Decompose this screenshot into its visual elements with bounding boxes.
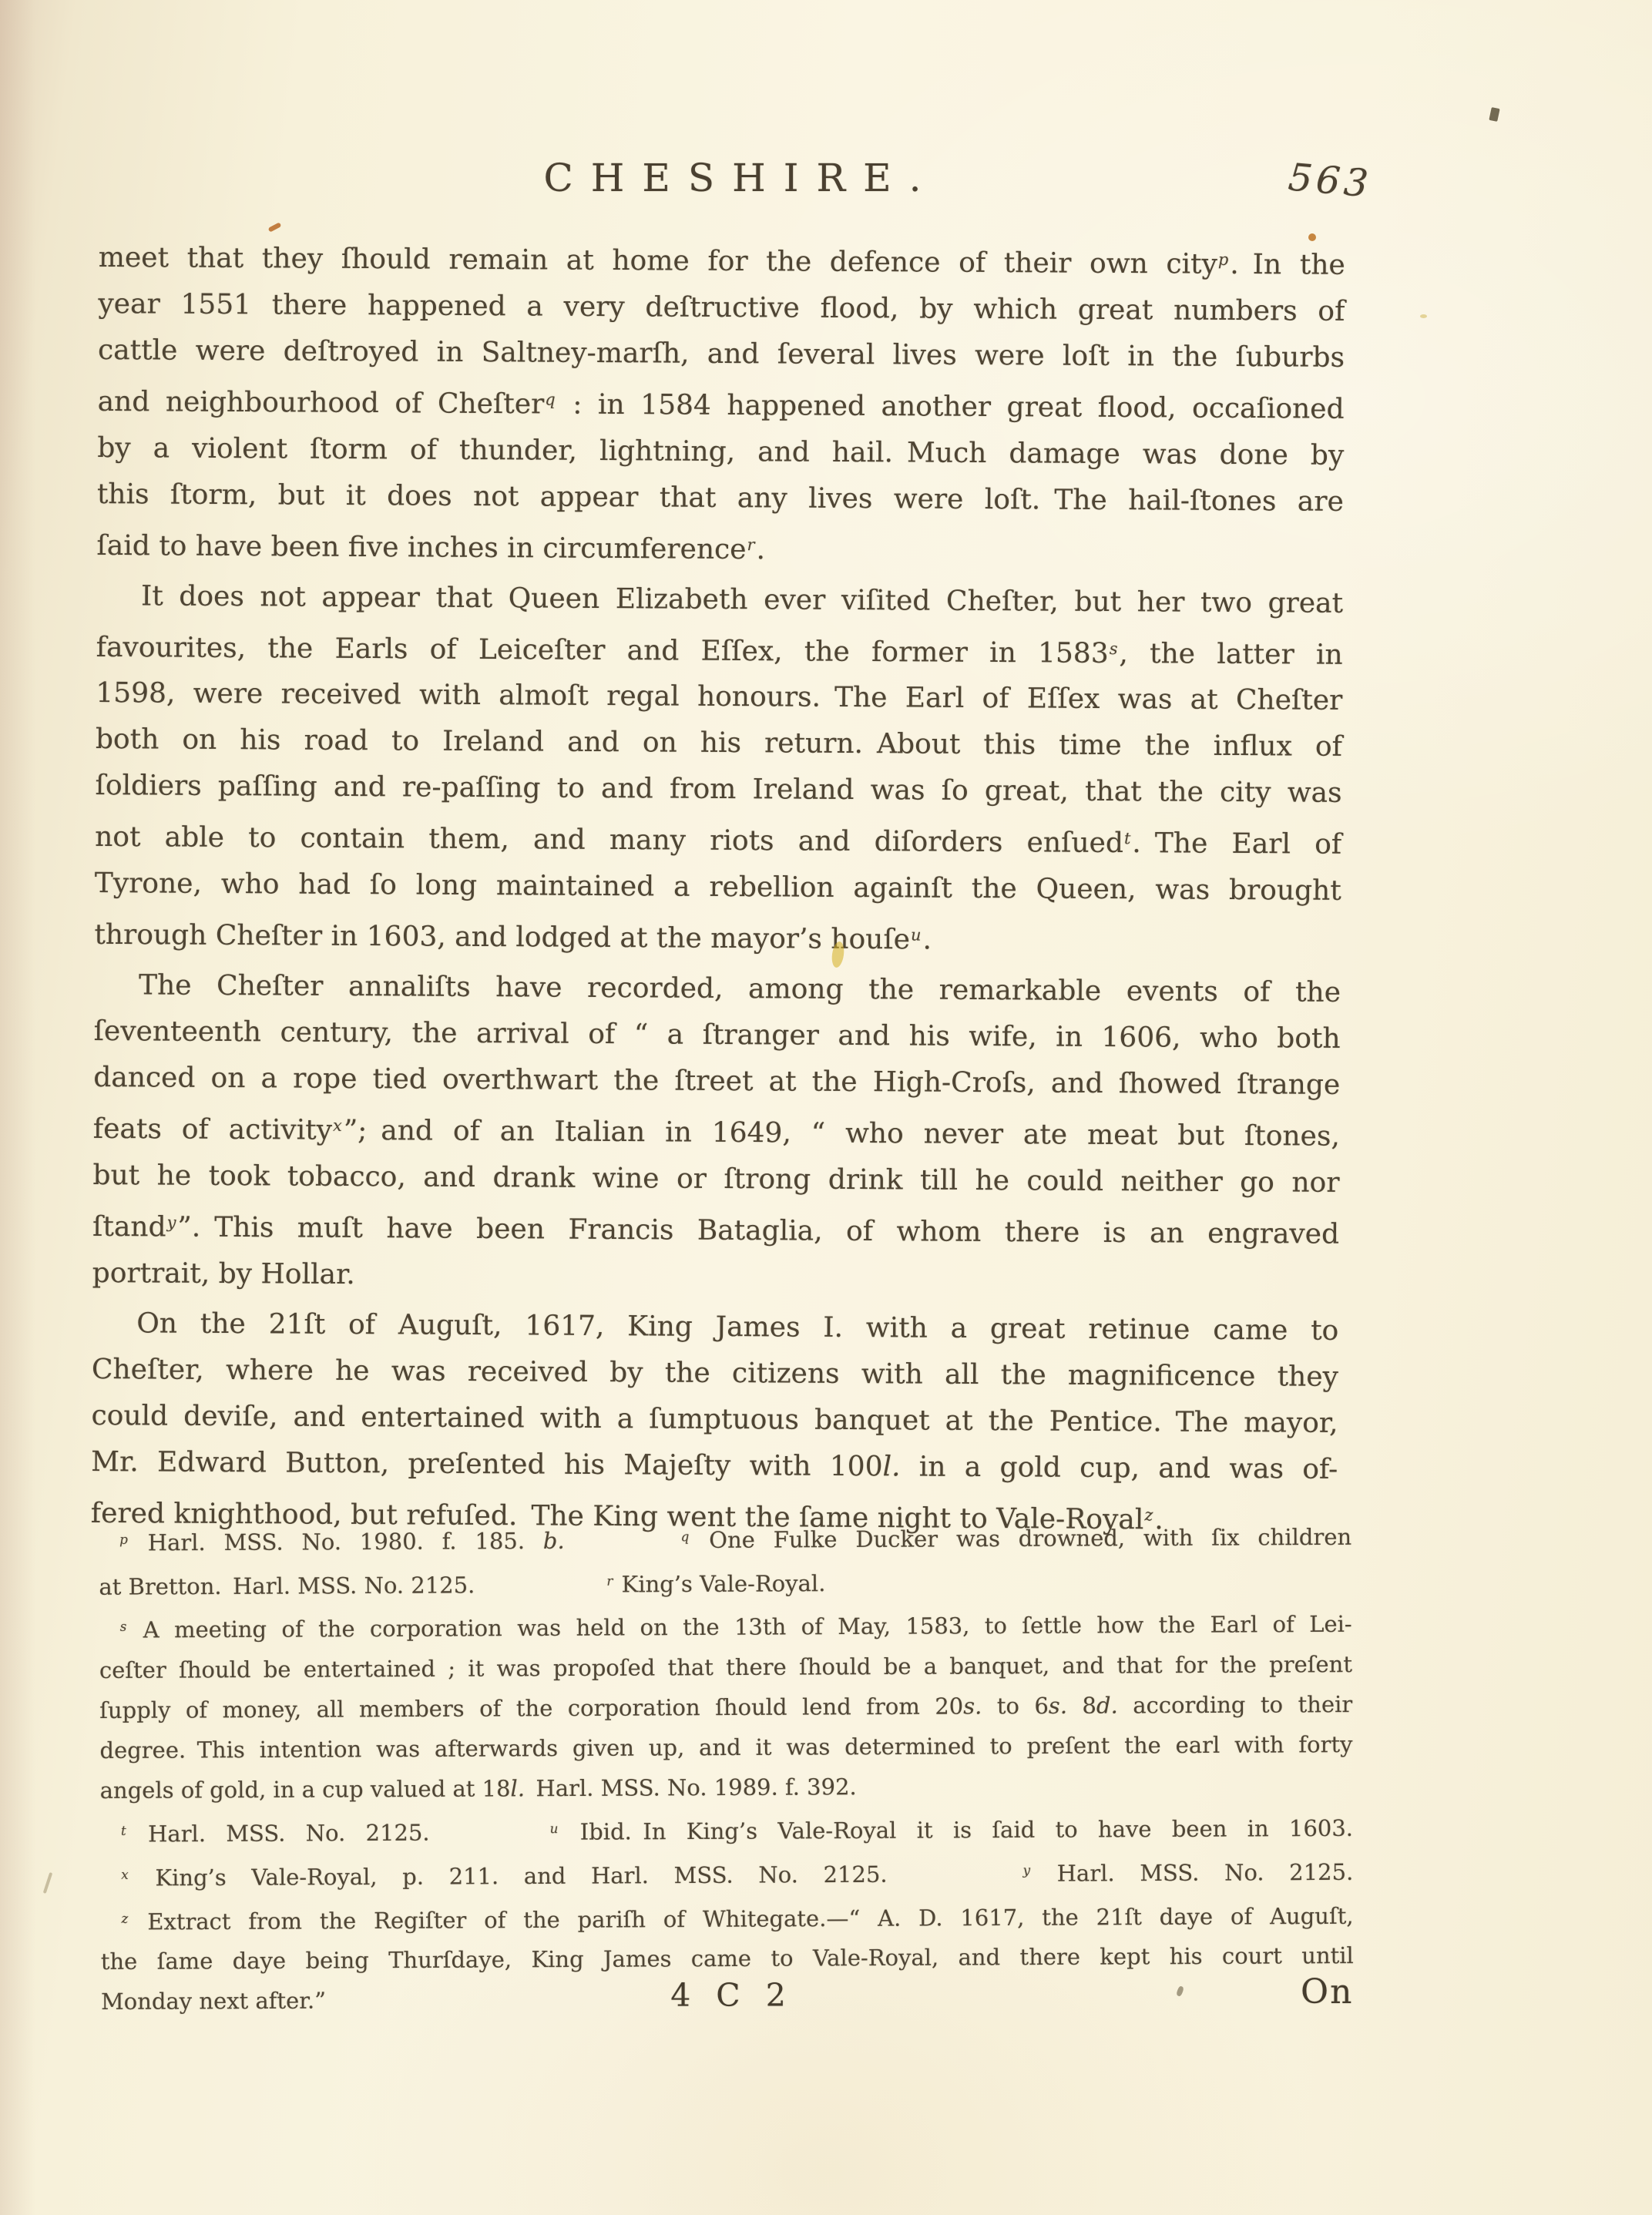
text-line: but he took tobacco, and drank wine or ſ… — [92, 1153, 1339, 1207]
text-line: meet that they ſhould remain at home for… — [99, 230, 1345, 289]
text-line: It does not appear that Queen Elizabeth … — [96, 573, 1343, 627]
text-line: p Harl. MSS. No. 1980. f. 185. b.q One F… — [99, 1513, 1351, 1563]
text-line: by a violent ſtorm of thunder, lightning… — [97, 425, 1344, 479]
paragraph: The Cheſter annaliſts have recorded, amo… — [92, 962, 1341, 1304]
text-line: ceſter ſhould be entertained ; it was pr… — [99, 1644, 1352, 1690]
catchword: On — [1301, 1972, 1353, 2012]
text-line: ſoldiers paſſing and re-paſſing to and f… — [95, 763, 1341, 817]
ink-speck — [43, 1872, 52, 1894]
paragraph: p Harl. MSS. No. 1980. f. 185. b.q One F… — [99, 1513, 1354, 2022]
text-line: not able to contain them, and many riots… — [95, 809, 1341, 868]
text-line: at Bretton. Harl. MSS. No. 2125.r King’s… — [99, 1557, 1351, 1607]
page-edge-shading — [0, 0, 35, 2215]
ink-speck — [1489, 107, 1499, 122]
text-line: angels of gold, in a cup valued at 18l. … — [100, 1764, 1353, 1811]
text-line: favourites, the Earls of Leiceſter and E… — [96, 619, 1343, 679]
page-number: 563 — [1287, 155, 1374, 206]
paragraph: It does not appear that Queen Elizabeth … — [94, 573, 1343, 966]
text-line: could deviſe, and entertained with a ſum… — [91, 1393, 1338, 1447]
text-line: s A meeting of the corporation was held … — [99, 1601, 1352, 1651]
footnotes: p Harl. MSS. No. 1980. f. 185. b.q One F… — [99, 1513, 1354, 2022]
text-line: both on his road to Ireland and on his r… — [96, 717, 1342, 770]
text-line: ſupply of money, all members of the corp… — [99, 1684, 1352, 1730]
text-line: Tyrone, who had ſo long maintained a reb… — [95, 861, 1341, 915]
text-line: portrait, by Hollar. — [92, 1250, 1339, 1304]
text-line: z Extract from the Regiſter of the pariſ… — [100, 1892, 1353, 1942]
text-line: feats of activityx”; and of an Italian i… — [93, 1101, 1340, 1160]
signature-mark: 4 C 2 — [632, 1977, 832, 2014]
text-line: The Cheſter annaliſts have recorded, amo… — [94, 962, 1341, 1016]
text-line: ſeventeenth century, the arrival of “ a … — [93, 1008, 1340, 1062]
text-line: cattle were deſtroyed in Saltney-marſh, … — [98, 327, 1345, 381]
text-line: year 1551 there happened a very deſtruct… — [98, 281, 1345, 335]
book-page: CHESHIRE. 563 meet that they ſhould rema… — [0, 0, 1652, 2215]
ink-speck — [1420, 314, 1427, 318]
text-line: this ſtorm, but it does not appear that … — [97, 472, 1344, 525]
text-line: through Cheſter in 1603, and lodged at t… — [94, 907, 1341, 966]
paragraph: meet that they ſhould remain at home for… — [96, 230, 1345, 576]
paragraph: On the 21ſt of Auguſt, 1617, King James … — [91, 1300, 1339, 1545]
body-text: meet that they ſhould remain at home for… — [91, 230, 1345, 1544]
text-line: x King’s Vale-Royal, p. 211. and Harl. M… — [100, 1848, 1353, 1898]
text-line: ſaid to have been five inches in circumf… — [96, 518, 1343, 577]
text-line: ſtandy”. This muſt have been Francis Bat… — [92, 1199, 1339, 1258]
text-line: the ſame daye being Thurſdaye, King Jame… — [101, 1935, 1354, 1982]
text-line: 1598, were received with almoſt regal ho… — [96, 670, 1342, 724]
text-line: Mr. Edward Button, preſented his Majeſty… — [91, 1439, 1338, 1493]
text-line: t Harl. MSS. No. 2125.u Ibid. In King’s … — [100, 1804, 1353, 1854]
text-line: Cheſter, where he was received by the ci… — [92, 1347, 1338, 1401]
running-title: CHESHIRE. — [254, 156, 1228, 200]
text-line: and neighbourhood of Cheſterq : in 1584 … — [97, 374, 1344, 433]
text-line: On the 21ſt of Auguſt, 1617, King James … — [92, 1300, 1338, 1354]
text-line: degree. This intention was afterwards gi… — [99, 1724, 1352, 1770]
text-line: danced on a rope tied overthwart the ſtr… — [93, 1055, 1340, 1109]
